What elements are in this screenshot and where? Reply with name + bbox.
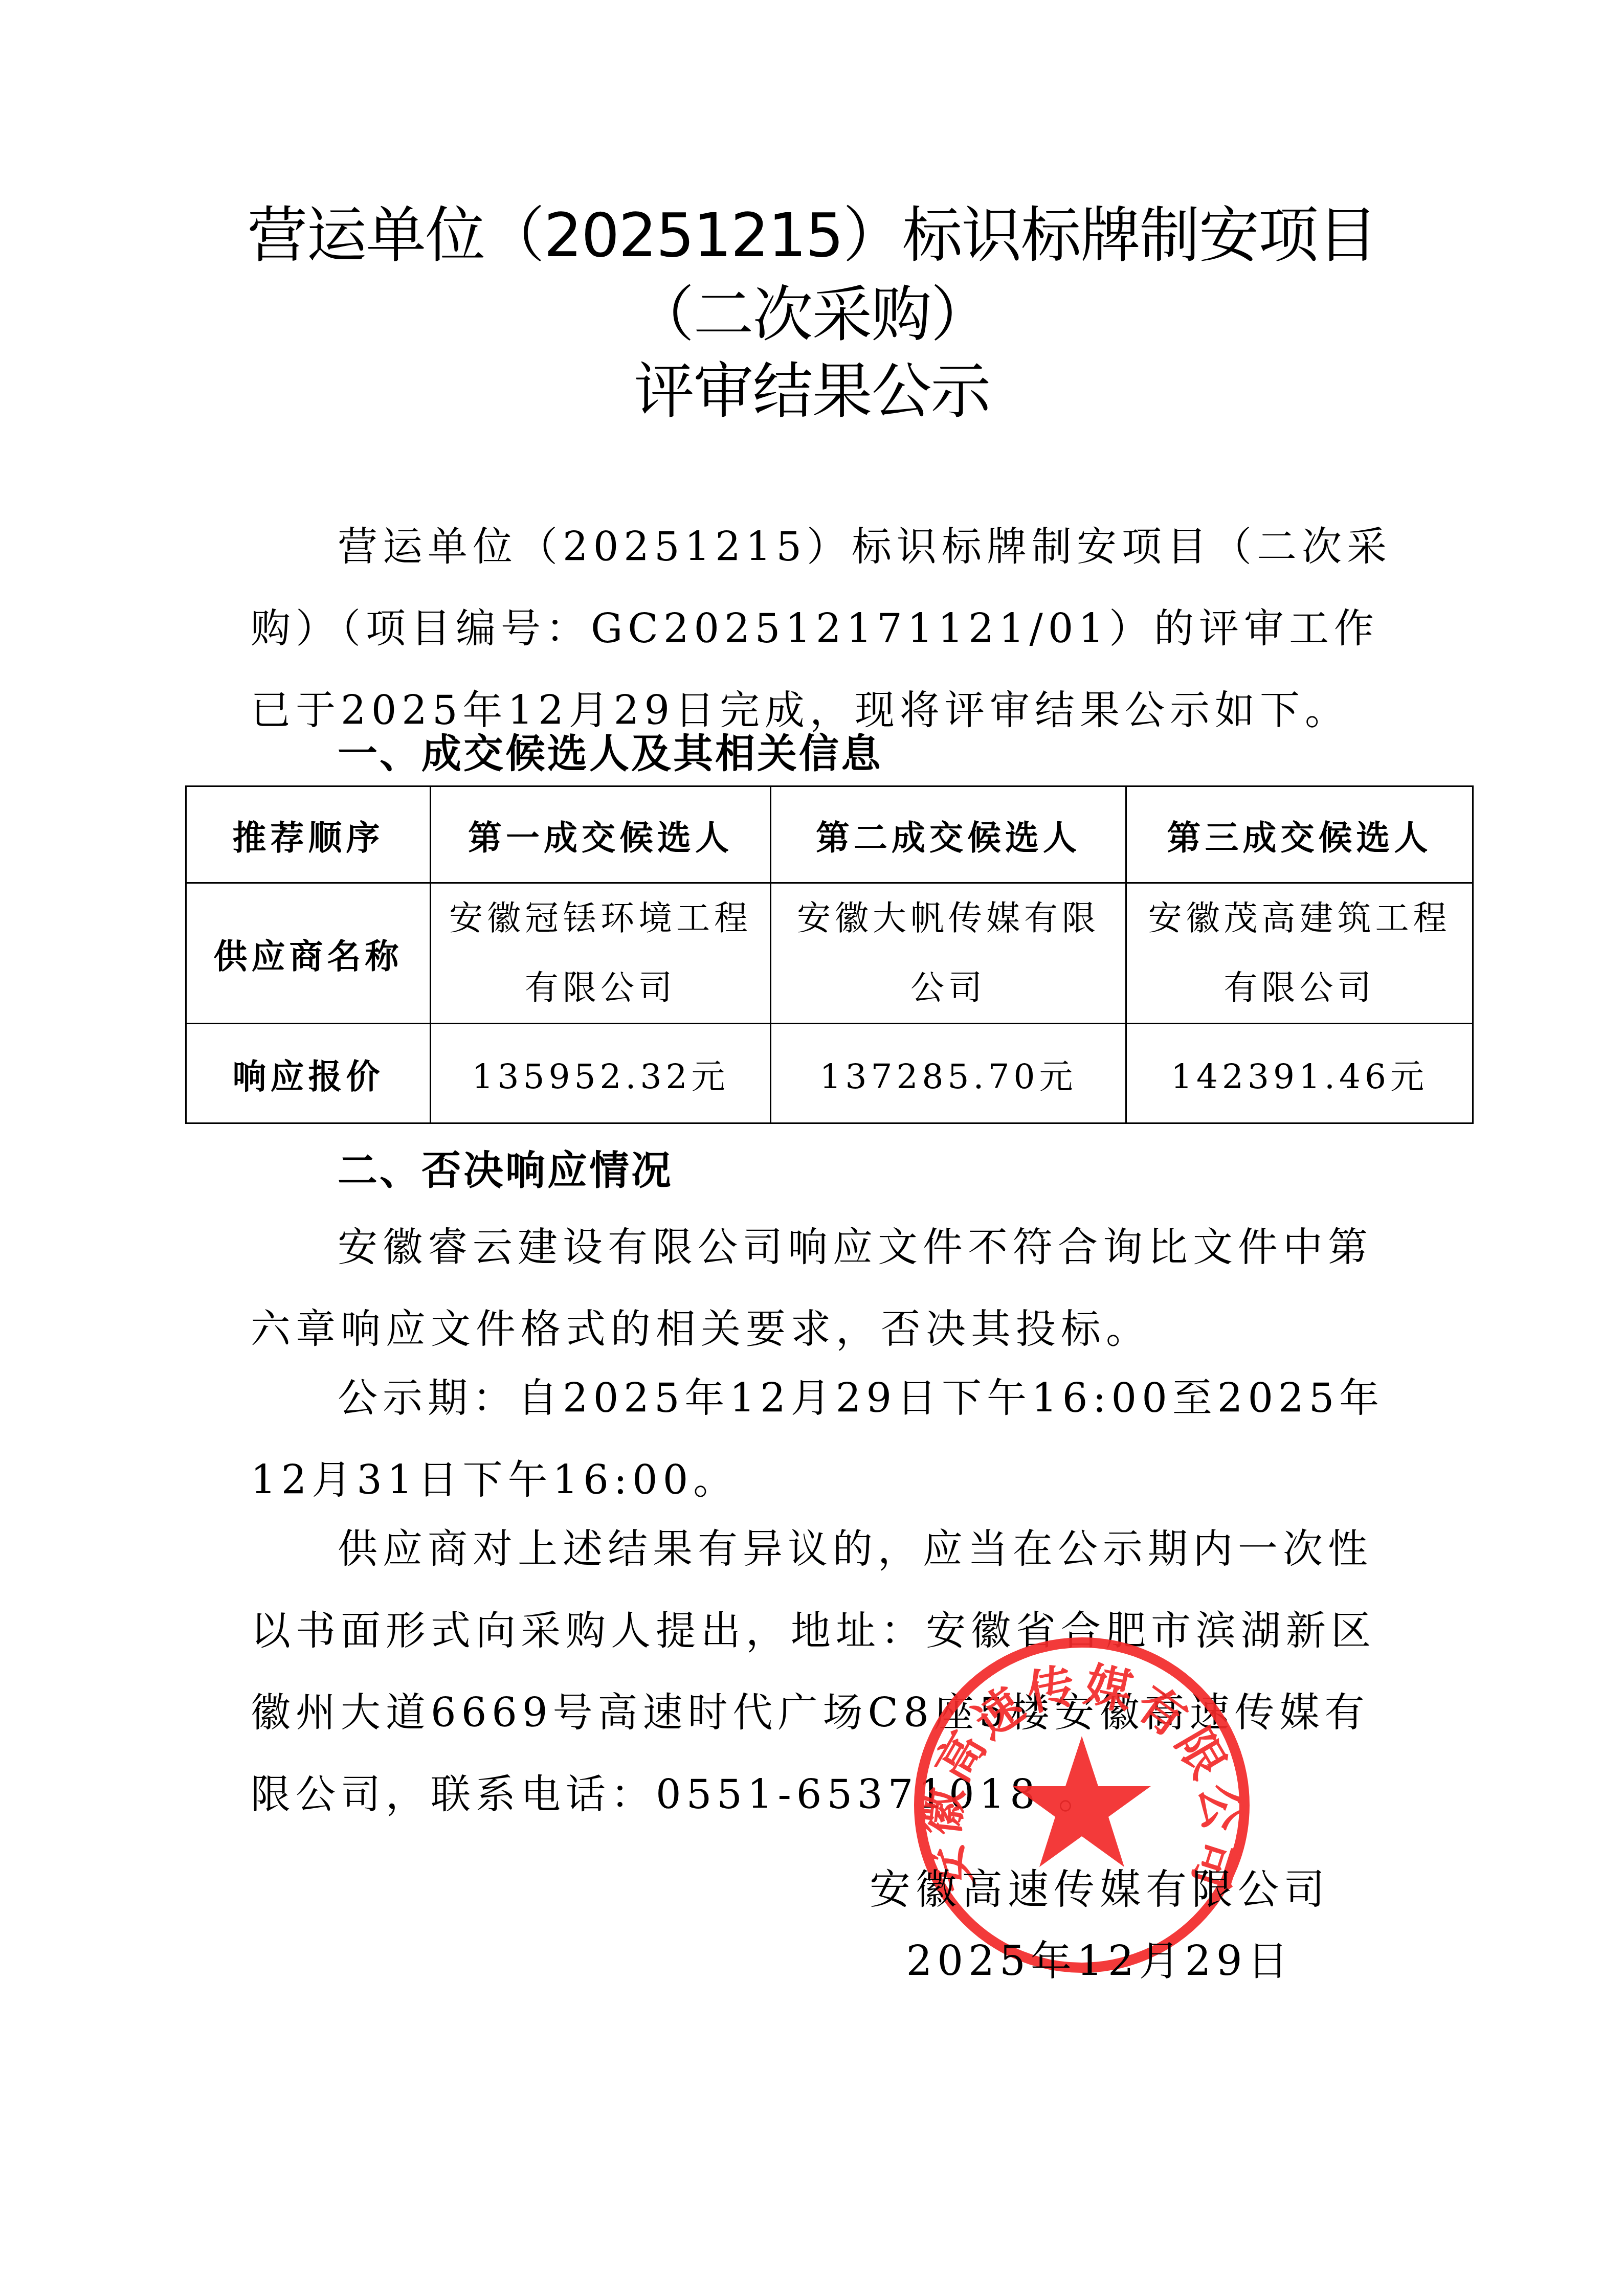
supplier-name-1: 安徽冠铥环境工程有限公司 <box>431 883 771 1024</box>
candidates-table: 推荐顺序 第一成交候选人 第二成交候选人 第三成交候选人 供应商名称 安徽冠铥环… <box>185 785 1474 1124</box>
header-third-candidate: 第三成交候选人 <box>1126 786 1473 883</box>
table-row-supplier-name: 供应商名称 安徽冠铥环境工程有限公司 安徽大帆传媒有限公司 安徽茂高建筑工程有限… <box>186 883 1473 1024</box>
document-title-line-1: 营运单位（20251215）标识标牌制安项目 <box>0 197 1624 274</box>
section-1-heading: 一、成交候选人及其相关信息 <box>338 724 883 785</box>
star-icon <box>1013 1736 1151 1867</box>
row-label-supplier-name: 供应商名称 <box>186 883 431 1024</box>
header-rank: 推荐顺序 <box>186 786 431 883</box>
table-row-quote: 响应报价 135952.32元 137285.70元 142391.46元 <box>186 1024 1473 1123</box>
quote-1: 135952.32元 <box>431 1024 771 1123</box>
supplier-name-2: 安徽大帆传媒有限公司 <box>771 883 1126 1024</box>
table-header-row: 推荐顺序 第一成交候选人 第二成交候选人 第三成交候选人 <box>186 786 1473 883</box>
row-label-quote: 响应报价 <box>186 1024 431 1123</box>
signature-date: 2025年12月29日 <box>870 1925 1330 1997</box>
section-2-heading: 二、否决响应情况 <box>338 1140 673 1202</box>
document-title-line-3: 评审结果公示 <box>0 353 1624 430</box>
rejection-paragraph: 安徽睿云建设有限公司响应文件不符合询比文件中第六章响应文件格式的相关要求，否决其… <box>251 1207 1396 1370</box>
header-first-candidate: 第一成交候选人 <box>431 786 771 883</box>
signature-company: 安徽高速传媒有限公司 <box>870 1854 1330 1925</box>
publicity-period-paragraph: 公示期：自2025年12月29日下午16:00至2025年12月31日下午16:… <box>251 1358 1396 1521</box>
intro-paragraph: 营运单位（20251215）标识标牌制安项目（二次采购）（项目编号：GC2025… <box>251 506 1396 752</box>
supplier-name-3: 安徽茂高建筑工程有限公司 <box>1126 883 1473 1024</box>
quote-2: 137285.70元 <box>771 1024 1126 1123</box>
quote-3: 142391.46元 <box>1126 1024 1473 1123</box>
document-title-line-2: （二次采购） <box>0 276 1624 353</box>
header-second-candidate: 第二成交候选人 <box>771 786 1126 883</box>
